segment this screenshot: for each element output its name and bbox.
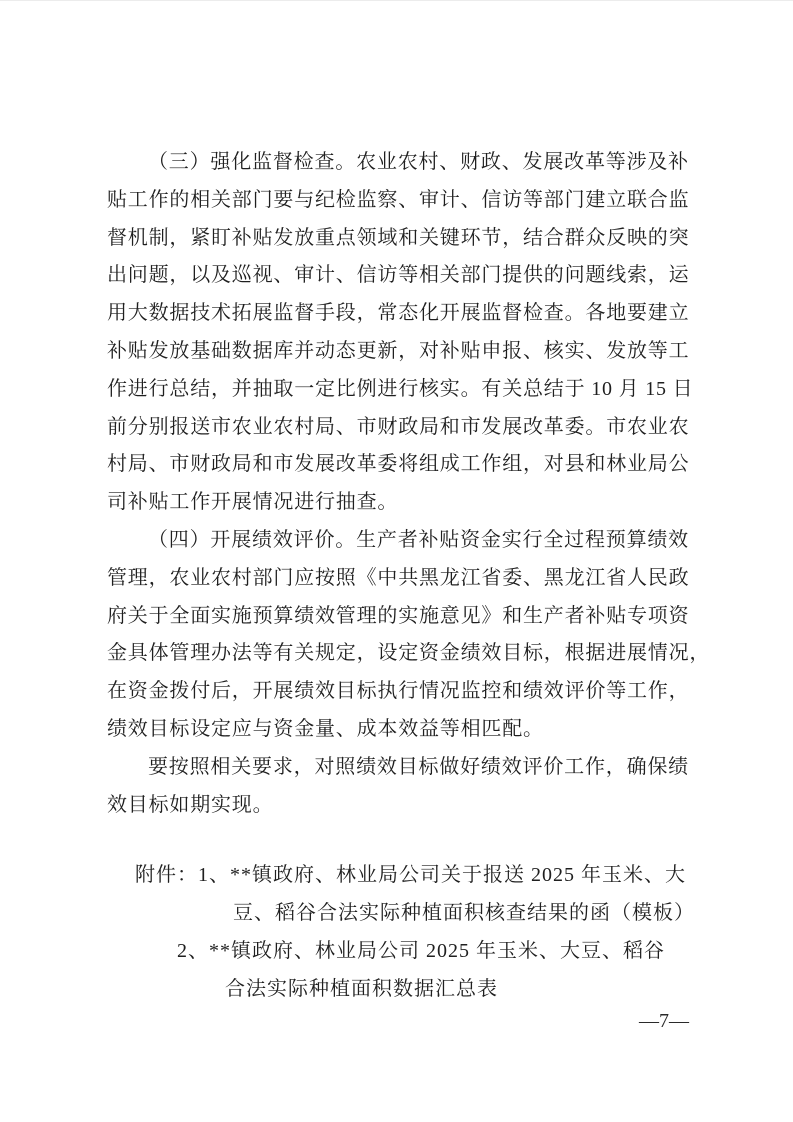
body-line: 绩效目标设定应与资金量、成本效益等相匹配。 bbox=[107, 711, 689, 749]
body-line: 司补贴工作开展情况进行抽查。 bbox=[107, 484, 689, 522]
body-line: 前分别报送市农业农村局、市财政局和市发展改革委。市农业农 bbox=[107, 409, 689, 447]
body-line: 要按照相关要求，对照绩效目标做好绩效评价工作，确保绩 bbox=[107, 749, 689, 787]
attachment-item-1-text: 1、**镇政府、林业局公司关于报送 2025 年玉米、大 bbox=[198, 864, 686, 886]
body-line: 在资金拨付后，开展绩效目标执行情况监控和绩效评价等工作， bbox=[107, 673, 689, 711]
document-page: （三）强化监督检查。农业农村、财政、发展改革等涉及补 贴工作的相关部门要与纪检监… bbox=[0, 0, 793, 1122]
attachment-line: 豆、稻谷合法实际种植面积核查结果的函（模板） bbox=[135, 894, 710, 932]
attachment-line: 合法实际种植面积数据汇总表 bbox=[135, 970, 710, 1008]
body-line: 管理，农业农村部门应按照《中共黑龙江省委、黑龙江省人民政 bbox=[107, 560, 689, 598]
page-number: —7— bbox=[639, 1009, 689, 1033]
body-line: 金具体管理办法等有关规定，设定资金绩效目标，根据进展情况， bbox=[107, 635, 689, 673]
attachment-line: 2、**镇政府、林业局公司 2025 年玉米、大豆、稻谷 bbox=[135, 932, 710, 970]
body-line: （三）强化监督检查。农业农村、财政、发展改革等涉及补 bbox=[107, 144, 689, 182]
attachment-line: 附件：1、**镇政府、林业局公司关于报送 2025 年玉米、大 bbox=[135, 856, 710, 894]
body-line: 用大数据技术拓展监督手段，常态化开展监督检查。各地要建立 bbox=[107, 295, 689, 333]
body-line: （四）开展绩效评价。生产者补贴资金实行全过程预算绩效 bbox=[107, 522, 689, 560]
attachments-label: 附件： bbox=[135, 864, 198, 886]
attachments-section: 附件：1、**镇政府、林业局公司关于报送 2025 年玉米、大 豆、稻谷合法实际… bbox=[135, 856, 710, 1008]
document-body: （三）强化监督检查。农业农村、财政、发展改革等涉及补 贴工作的相关部门要与纪检监… bbox=[107, 144, 689, 824]
body-line: 贴工作的相关部门要与纪检监察、审计、信访等部门建立联合监 bbox=[107, 182, 689, 220]
body-line: 村局、市财政局和市发展改革委将组成工作组，对县和林业局公 bbox=[107, 446, 689, 484]
body-line: 补贴发放基础数据库并动态更新，对补贴申报、核实、发放等工 bbox=[107, 333, 689, 371]
body-line: 督机制，紧盯补贴发放重点领域和关键环节，结合群众反映的突 bbox=[107, 220, 689, 258]
body-line: 出问题，以及巡视、审计、信访等相关部门提供的问题线索，运 bbox=[107, 257, 689, 295]
body-line: 效目标如期实现。 bbox=[107, 787, 689, 825]
body-line: 作进行总结，并抽取一定比例进行核实。有关总结于 10 月 15 日 bbox=[107, 371, 689, 409]
body-line: 府关于全面实施预算绩效管理的实施意见》和生产者补贴专项资 bbox=[107, 598, 689, 636]
